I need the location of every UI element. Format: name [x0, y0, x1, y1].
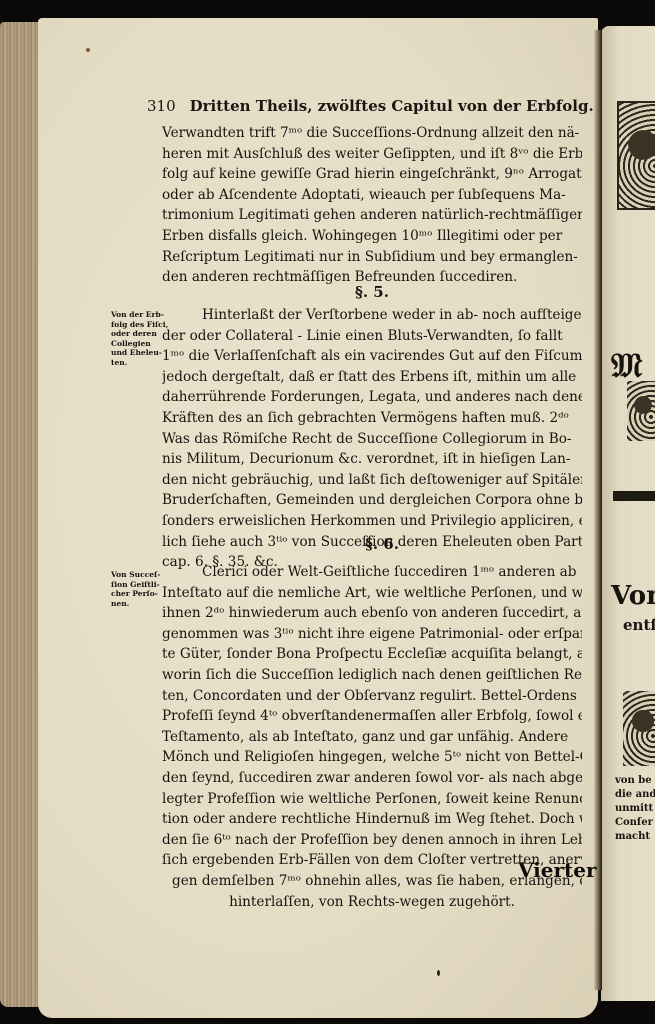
margin-note-line: ten.	[111, 358, 169, 368]
right-title-fragment: Von	[611, 581, 655, 611]
text-line: genommen was 3ᵗⁱᵒ nicht ihre eigene Patr…	[162, 624, 582, 645]
running-head-title: Dritten Theils, zwölftes Capitul von der…	[190, 97, 594, 115]
text-line: den ſie 6ᵗᵒ nach der Profeſſion bey dene…	[162, 830, 582, 851]
text-line: ſonders erweislichen Herkommen und Privi…	[162, 511, 582, 532]
ornament-flourish	[627, 381, 655, 441]
ink-speck	[86, 48, 90, 52]
text-line: Inteſtato auf die nemliche Art, wie welt…	[162, 583, 582, 604]
text-line: der oder Collateral - Linie einen Bluts-…	[162, 326, 582, 347]
margin-note-line: Von der Erb-	[111, 310, 169, 320]
text-line: Teſtamento, als ab Inteſtato, ganz und g…	[162, 727, 582, 748]
margin-note-line: Collegien	[111, 339, 169, 349]
text-line: daherrührende Forderungen, Legata, und a…	[162, 387, 582, 408]
section-5-heading: §. 5.	[355, 283, 389, 301]
margin-note-line: ſion Geiſtli-	[111, 580, 169, 590]
catchword: Vierter	[518, 858, 597, 882]
text-line: trimonium Legitimati gehen anderen natür…	[162, 205, 582, 226]
right-text-line: unmitt	[615, 802, 653, 816]
text-line: legter Profeſſion wie weltliche Perſonen…	[162, 789, 582, 810]
text-line: nis Militum, Decurionum &c. verordnet, i…	[162, 449, 582, 470]
text-line: den ſeynd, ſuccediren zwar anderen ſowol…	[162, 768, 582, 789]
right-text-line: macht	[615, 830, 650, 844]
text-line: Erben disfalls gleich. Wohingegen 10ᵐᵒ I…	[162, 226, 582, 247]
right-text-line: die and	[615, 788, 655, 802]
rule-bar	[613, 491, 655, 501]
section-6-heading: §. 6.	[365, 535, 399, 553]
margin-note-line: folg des Fiſci,	[111, 320, 169, 330]
margin-note-line: nen.	[111, 599, 169, 609]
text-line: oder ab Aſcendente Adoptati, wieauch per…	[162, 185, 582, 206]
text-line: te Güter, ſonder Bona Proſpectu Eccleſiæ…	[162, 644, 582, 665]
text-line: folg auf keine gewiſſe Grad hierin einge…	[162, 164, 582, 185]
paragraph-continuation: Verwandten trift 7ᵐᵒ die Succeſſions-Ord…	[162, 123, 582, 288]
text-line: Kräften des an ſich gebrachten Vermögens…	[162, 408, 582, 429]
text-line: ihnen 2ᵈᵒ hinwiederum auch ebenſo von an…	[162, 603, 582, 624]
text-line: 1ᵐᵒ die Verlaſſenſchaft als ein vacirend…	[162, 346, 582, 367]
text-line: den nicht gebräuchig, und laßt ſich deſt…	[162, 470, 582, 491]
margin-note-section-5: Von der Erb- folg des Fiſci, oder deren …	[111, 310, 169, 368]
right-subtitle-fragment: entſ	[623, 618, 655, 632]
margin-note-line: Von Succeſ-	[111, 570, 169, 580]
page-number: 310	[147, 97, 176, 115]
margin-note-line: und Eheleu-	[111, 348, 169, 358]
text-line: Profeſſi ſeynd 4ᵗᵒ obverſtandenermaſſen …	[162, 706, 582, 727]
right-page: 𝔐 Von entſ von be die and unmitt Conſer …	[601, 26, 655, 1001]
text-line: ten, Concordaten und der Obſervanz regul…	[162, 686, 582, 707]
margin-note-line: cher Perſo-	[111, 589, 169, 599]
section-5-body: Hinterlaßt der Verſtorbene weder in ab- …	[162, 305, 582, 573]
margin-note-section-6: Von Succeſ- ſion Geiſtli- cher Perſo- ne…	[111, 570, 169, 608]
text-line: worin ſich die Succeſſion lediglich nach…	[162, 665, 582, 686]
text-line: Mönch und Religioſen hingegen, welche 5ᵗ…	[162, 747, 582, 768]
text-line: Reſcriptum Legitimati nur in Subſidium u…	[162, 247, 582, 268]
text-line: Verwandten trift 7ᵐᵒ die Succeſſions-Ord…	[162, 123, 582, 144]
text-line: hinterlaſſen, von Rechts-wegen zugehört.	[162, 892, 582, 913]
text-line: jedoch dergeſtalt, daß er ſtatt des Erbe…	[162, 367, 582, 388]
text-line: Was das Römiſche Recht de Succeſſione Co…	[162, 429, 582, 450]
text-line: Bruderſchaften, Gemeinden und dergleiche…	[162, 490, 582, 511]
ornamental-initial-top	[617, 101, 655, 210]
text-line: Clerici oder Welt-Geiſtliche ſuccediren …	[162, 562, 582, 583]
page-edges	[0, 22, 40, 1007]
ink-speck	[437, 970, 440, 976]
book-gutter	[594, 30, 602, 990]
ornamental-initial-bottom	[623, 691, 655, 766]
text-line: tion oder andere rechtliche Hindernuß im…	[162, 809, 582, 830]
margin-note-line: oder deren	[111, 329, 169, 339]
right-text-line: von be	[615, 774, 652, 788]
running-head: 310Dritten Theils, zwölftes Capitul von …	[147, 97, 594, 115]
text-line: Hinterlaßt der Verſtorbene weder in ab- …	[162, 305, 582, 326]
right-text-line: Conſer	[615, 816, 653, 830]
text-line: heren mit Ausſchluß des weiter Geſippten…	[162, 144, 582, 165]
decorative-letter: 𝔐	[611, 346, 642, 386]
